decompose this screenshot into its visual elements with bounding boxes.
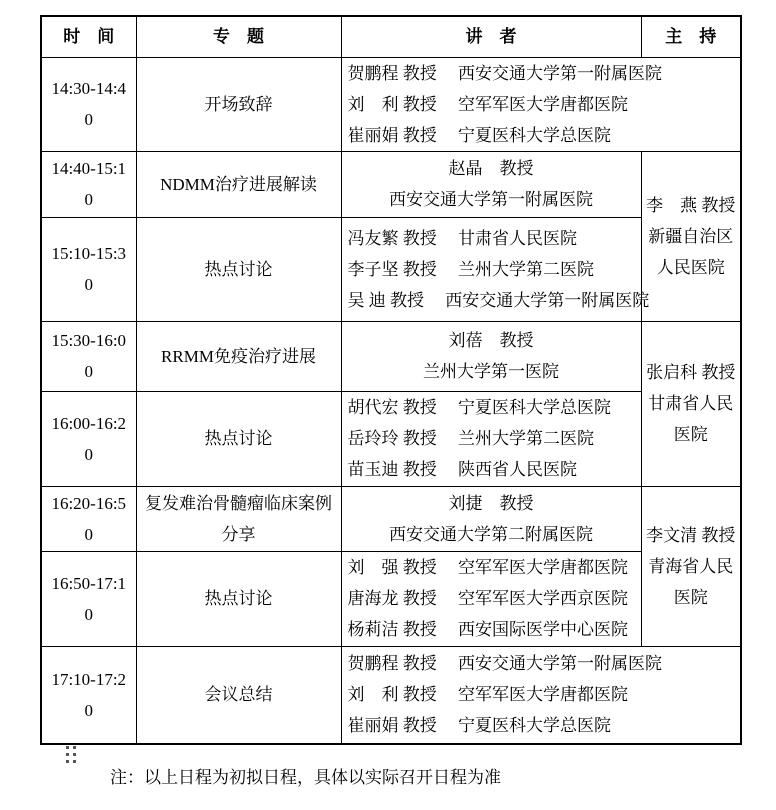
host-cell: 张启科 教授 甘肃省人民 医院 [641, 321, 741, 486]
time-text: 0 [42, 439, 136, 470]
topic-text: 热点讨论 [137, 583, 341, 614]
table-move-handle-icon[interactable] [66, 746, 78, 766]
time-text: 0 [42, 356, 136, 387]
speakers-cell: 贺鹏程 教授 西安交通大学第一附属医院 刘 利 教授 空军军医大学唐都医院 崔丽… [341, 646, 741, 744]
speaker-text: 西安交通大学第二附属医院 [342, 519, 641, 550]
table-row: 14:30-14:4 0 开场致辞 贺鹏程 教授 西安交通大学第一附属医院 刘 … [41, 57, 741, 151]
handle-dot [66, 760, 69, 763]
topic-text: 分享 [137, 519, 341, 550]
time-text: 0 [42, 104, 136, 135]
host-text: 青海省人民 [642, 551, 741, 582]
host-text: 医院 [642, 582, 741, 613]
speaker-text: 贺鹏程 教授 西安交通大学第一附属医院 [348, 648, 741, 679]
table-row: 15:30-16:0 0 RRMM免疫治疗进展 刘蓓 教授 兰州大学第一医院 张… [41, 321, 741, 391]
header-host-label: 主 持 [642, 21, 741, 52]
host-text: 新疆自治区 [642, 221, 741, 252]
topic-text: 开场致辞 [137, 89, 341, 120]
time-cell: 14:30-14:4 0 [41, 57, 136, 151]
time-cell: 17:10-17:2 0 [41, 646, 136, 744]
topic-cell: 热点讨论 [136, 551, 341, 646]
host-text: 甘肃省人民 [642, 388, 741, 419]
handle-dot [73, 760, 76, 763]
topic-cell: NDMM治疗进展解读 [136, 151, 341, 217]
time-cell: 16:00-16:2 0 [41, 391, 136, 486]
header-host: 主 持 [641, 16, 741, 57]
topic-cell: 热点讨论 [136, 391, 341, 486]
time-text: 0 [42, 269, 136, 300]
time-text: 16:20-16:5 [42, 488, 136, 519]
speakers-cell: 胡代宏 教授 宁夏医科大学总医院 岳玲玲 教授 兰州大学第二医院 苗玉迪 教授 … [341, 391, 641, 486]
topic-text: 热点讨论 [137, 423, 341, 454]
time-text: 0 [42, 695, 136, 726]
topic-text: 复发难治骨髓瘤临床案例 [137, 488, 341, 519]
speaker-text: 苗玉迪 教授 陕西省人民医院 [348, 454, 641, 485]
speaker-text: 吴 迪 教授 西安交通大学第一附属医院 [348, 285, 641, 316]
handle-dot [66, 746, 69, 749]
speaker-text: 贺鹏程 教授 西安交通大学第一附属医院 [348, 58, 741, 89]
header-row: 时 间 专 题 讲 者 主 持 [41, 16, 741, 57]
header-time: 时 间 [41, 16, 136, 57]
conference-schedule-table: 时 间 专 题 讲 者 主 持 14:30-14:4 0 开场致辞 贺鹏程 教授… [40, 15, 742, 745]
time-text: 14:40-15:1 [42, 153, 136, 184]
table-row: 16:20-16:5 0 复发难治骨髓瘤临床案例 分享 刘捷 教授 西安交通大学… [41, 486, 741, 551]
host-text: 人民医院 [642, 252, 741, 283]
time-text: 15:30-16:0 [42, 325, 136, 356]
speakers-cell: 刘蓓 教授 兰州大学第一医院 [341, 321, 641, 391]
header-speaker: 讲 者 [341, 16, 641, 57]
host-text: 张启科 教授 [642, 357, 741, 388]
header-time-label: 时 间 [42, 21, 136, 52]
speaker-text: 杨莉洁 教授 西安国际医学中心医院 [348, 614, 641, 645]
time-text: 0 [42, 184, 136, 215]
handle-dot [73, 753, 76, 756]
speakers-cell: 刘 强 教授 空军军医大学唐都医院 唐海龙 教授 空军军医大学西京医院 杨莉洁 … [341, 551, 641, 646]
speaker-text: 赵晶 教授 [342, 153, 641, 184]
speaker-text: 崔丽娟 教授 宁夏医科大学总医院 [348, 710, 741, 741]
time-cell: 14:40-15:1 0 [41, 151, 136, 217]
speaker-text: 冯友繁 教授 甘肃省人民医院 [348, 223, 641, 254]
speaker-text: 刘 强 教授 空军军医大学唐都医院 [348, 552, 641, 583]
time-text: 15:10-15:3 [42, 238, 136, 269]
topic-cell: 热点讨论 [136, 217, 341, 321]
time-text: 14:30-14:4 [42, 73, 136, 104]
speaker-text: 西安交通大学第一附属医院 [342, 184, 641, 215]
speaker-text: 崔丽娟 教授 宁夏医科大学总医院 [348, 120, 741, 151]
table-row: 14:40-15:1 0 NDMM治疗进展解读 赵晶 教授 西安交通大学第一附属… [41, 151, 741, 217]
handle-dot [66, 753, 69, 756]
topic-text: RRMM免疫治疗进展 [137, 341, 341, 372]
speakers-cell: 刘捷 教授 西安交通大学第二附属医院 [341, 486, 641, 551]
speaker-text: 兰州大学第一医院 [342, 356, 641, 387]
schedule-footnote: 注：以上日程为初拟日程，具体以实际召开日程为准 [110, 764, 501, 792]
speakers-cell: 贺鹏程 教授 西安交通大学第一附属医院 刘 利 教授 空军军医大学唐都医院 崔丽… [341, 57, 741, 151]
header-topic: 专 题 [136, 16, 341, 57]
handle-dot [73, 746, 76, 749]
time-cell: 16:50-17:1 0 [41, 551, 136, 646]
topic-cell: RRMM免疫治疗进展 [136, 321, 341, 391]
speaker-text: 岳玲玲 教授 兰州大学第二医院 [348, 423, 641, 454]
speaker-text: 刘 利 教授 空军军医大学唐都医院 [348, 89, 741, 120]
topic-cell: 会议总结 [136, 646, 341, 744]
time-cell: 15:10-15:3 0 [41, 217, 136, 321]
table-row: 16:50-17:1 0 热点讨论 刘 强 教授 空军军医大学唐都医院 唐海龙 … [41, 551, 741, 646]
time-text: 0 [42, 599, 136, 630]
time-text: 0 [42, 519, 136, 550]
time-cell: 16:20-16:5 0 [41, 486, 136, 551]
speakers-cell: 赵晶 教授 西安交通大学第一附属医院 [341, 151, 641, 217]
speaker-text: 刘捷 教授 [342, 488, 641, 519]
host-text: 医院 [642, 419, 741, 450]
table-row: 17:10-17:2 0 会议总结 贺鹏程 教授 西安交通大学第一附属医院 刘 … [41, 646, 741, 744]
speaker-text: 李子坚 教授 兰州大学第二医院 [348, 254, 641, 285]
speaker-text: 刘蓓 教授 [342, 325, 641, 356]
header-speaker-label: 讲 者 [342, 21, 641, 52]
host-text: 李文清 教授 [642, 520, 741, 551]
topic-text: 热点讨论 [137, 254, 341, 285]
table-row: 15:10-15:3 0 热点讨论 冯友繁 教授 甘肃省人民医院 李子坚 教授 … [41, 217, 741, 321]
topic-cell: 复发难治骨髓瘤临床案例 分享 [136, 486, 341, 551]
topic-text: NDMM治疗进展解读 [137, 169, 341, 200]
header-topic-label: 专 题 [137, 21, 341, 52]
time-text: 16:50-17:1 [42, 568, 136, 599]
host-cell: 李文清 教授 青海省人民 医院 [641, 486, 741, 646]
time-cell: 15:30-16:0 0 [41, 321, 136, 391]
time-text: 16:00-16:2 [42, 408, 136, 439]
topic-cell: 开场致辞 [136, 57, 341, 151]
speakers-cell: 冯友繁 教授 甘肃省人民医院 李子坚 教授 兰州大学第二医院 吴 迪 教授 西安… [341, 217, 641, 321]
topic-text: 会议总结 [137, 679, 341, 710]
speaker-text: 刘 利 教授 空军军医大学唐都医院 [348, 679, 741, 710]
speaker-text: 胡代宏 教授 宁夏医科大学总医院 [348, 392, 641, 423]
speaker-text: 唐海龙 教授 空军军医大学西京医院 [348, 583, 641, 614]
table-row: 16:00-16:2 0 热点讨论 胡代宏 教授 宁夏医科大学总医院 岳玲玲 教… [41, 391, 741, 486]
time-text: 17:10-17:2 [42, 664, 136, 695]
host-cell: 李 燕 教授 新疆自治区 人民医院 [641, 151, 741, 321]
host-text: 李 燕 教授 [642, 190, 741, 221]
